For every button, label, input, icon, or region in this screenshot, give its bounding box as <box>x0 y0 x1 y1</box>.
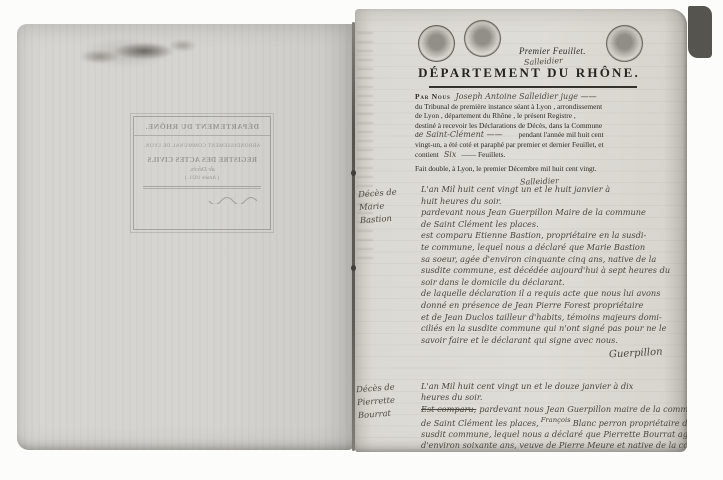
act-line: L'an Mil huit cent vingt un et le huit j… <box>421 184 687 196</box>
act-line: te commune, lequel nous a déclaré que Ma… <box>421 242 687 254</box>
premier-feuillet-label: Premier Feuillet. <box>519 46 586 56</box>
act-line: de Saint Clément les places,FrançoisBlan… <box>421 415 687 429</box>
act-line: et de Jean Duclos tailleur d'habits, tém… <box>421 312 687 324</box>
bleed-double-rule <box>143 186 261 189</box>
act-line: L'an Mil huit cent vingt un et le douze … <box>421 381 687 392</box>
revenue-stamp-icon <box>418 25 455 62</box>
register-text: pendant l'année mil huit cent <box>519 130 604 139</box>
title-rule <box>429 86 637 89</box>
margin-note-entry1: Décès de Marie Bastion <box>358 184 423 227</box>
act-line: pardevant nous Jean Guerpillon Maire de … <box>421 207 687 219</box>
bleed-annee-line: ( Année 1821. ) <box>134 173 270 181</box>
left-page: DÉPARTEMENT DU RHÔNE. ARRONDISSEMENT COM… <box>17 24 354 450</box>
act-line: sa soeur, agée d'environ cinquante cinq … <box>421 254 687 266</box>
signature-flourish-icon <box>134 191 258 209</box>
bleed-department-line: DÉPARTEMENT DU RHÔNE. <box>134 117 270 136</box>
ink-stain-icon <box>45 22 205 78</box>
page-title: DÉPARTEMENT DU RHÔNE. <box>395 65 663 81</box>
binding-gutter <box>352 22 355 451</box>
act-line: huit heures du soir. <box>421 196 687 208</box>
bleed-deces-line: de Décès. <box>134 164 270 173</box>
postmark-stamp-icon <box>604 23 645 64</box>
register-line: destiné à recevoir les Déclarations de D… <box>415 121 663 131</box>
par-nous-label: Par Nous <box>415 92 451 101</box>
register-text: —— Feuillets. <box>461 150 505 159</box>
mayor-signature: Guerpillon <box>421 346 687 360</box>
act-line: ciliés en la susdite commune qui n'ont s… <box>421 323 687 335</box>
register-line: de Lyon , département du Rhône , le prés… <box>415 111 663 121</box>
feuillet-count-handwritten: Six <box>444 150 457 159</box>
fait-double-line: Fait double, à Lyon, le premier Décembre… <box>415 159 663 174</box>
bleed-registre-line: REGISTRE DES ACTES CIVILS <box>134 149 270 164</box>
book-cover-corner <box>688 6 712 58</box>
act-text: de Saint Clément les places, <box>421 418 539 428</box>
scanned-register-spread: DÉPARTEMENT DU RHÔNE. ARRONDISSEMENT COM… <box>0 0 723 480</box>
act-text: pardevant nous Jean Guerpillon maire de … <box>479 404 687 414</box>
death-act-entry1: L'an Mil huit cent vingt un et le huit j… <box>421 184 687 360</box>
act-line: est comparu Etienne Bastion, propriétair… <box>421 230 687 242</box>
interlinear-insert: François <box>541 416 571 424</box>
register-line: Par Nous Joseph Antoine Salleidier juge … <box>415 92 663 102</box>
act-line: donné en présence de Jean Pierre Forest … <box>421 300 687 312</box>
register-line: de Saint-Clément ——pendant l'année mil h… <box>415 130 663 140</box>
commune-name-handwritten: e Saint-Clément —— <box>419 130 503 139</box>
death-act-entry2: L'an Mil huit cent vingt un et le douze … <box>421 381 687 452</box>
act-line: Est comparu,pardevant nous Jean Guerpill… <box>421 404 687 415</box>
act-text: Blanc perron propriétaire du <box>573 418 687 428</box>
act-line: soir dans le domicile du déclarant. <box>421 277 687 289</box>
printed-register-declaration: Par Nous Joseph Antoine Salleidier juge … <box>415 92 663 186</box>
bleedthrough-title-box: DÉPARTEMENT DU RHÔNE. ARRONDISSEMENT COM… <box>133 116 271 230</box>
bleed-arrondissement-line: ARRONDISSEMENT COMMUNAL DE LYON. <box>134 136 270 149</box>
register-text: contient <box>415 150 439 159</box>
register-line: vingt-un, a été coté et paraphé par prem… <box>415 140 663 150</box>
act-line: d'environ soixante ans, veuve de Pierre … <box>421 440 687 451</box>
act-line: susdit commune, lequel nous a déclaré qu… <box>421 429 687 440</box>
act-line: de laquelle déclaration il a requis acte… <box>421 288 687 300</box>
act-line: de Saint Clément les places. <box>421 219 687 231</box>
margin-note-entry2: Décès de Pierrette Bourrat <box>356 379 421 422</box>
register-line: contientSix—— Feuillets. <box>415 150 663 160</box>
register-line: du Tribunal de première instance séant à… <box>415 102 663 112</box>
act-line: savoir faire et le déclarant qui signe a… <box>421 335 687 347</box>
revenue-stamp-icon <box>462 18 504 60</box>
judge-name-handwritten: Joseph Antoine Salleidier juge —— <box>455 92 596 101</box>
act-line: heures du soir. <box>421 392 687 403</box>
struck-text: Est comparu, <box>421 404 476 414</box>
right-page: Premier Feuillet. Salleidier DÉPARTEMENT… <box>355 9 687 452</box>
act-line: susdite commune, est décédée aujourd'hui… <box>421 265 687 277</box>
